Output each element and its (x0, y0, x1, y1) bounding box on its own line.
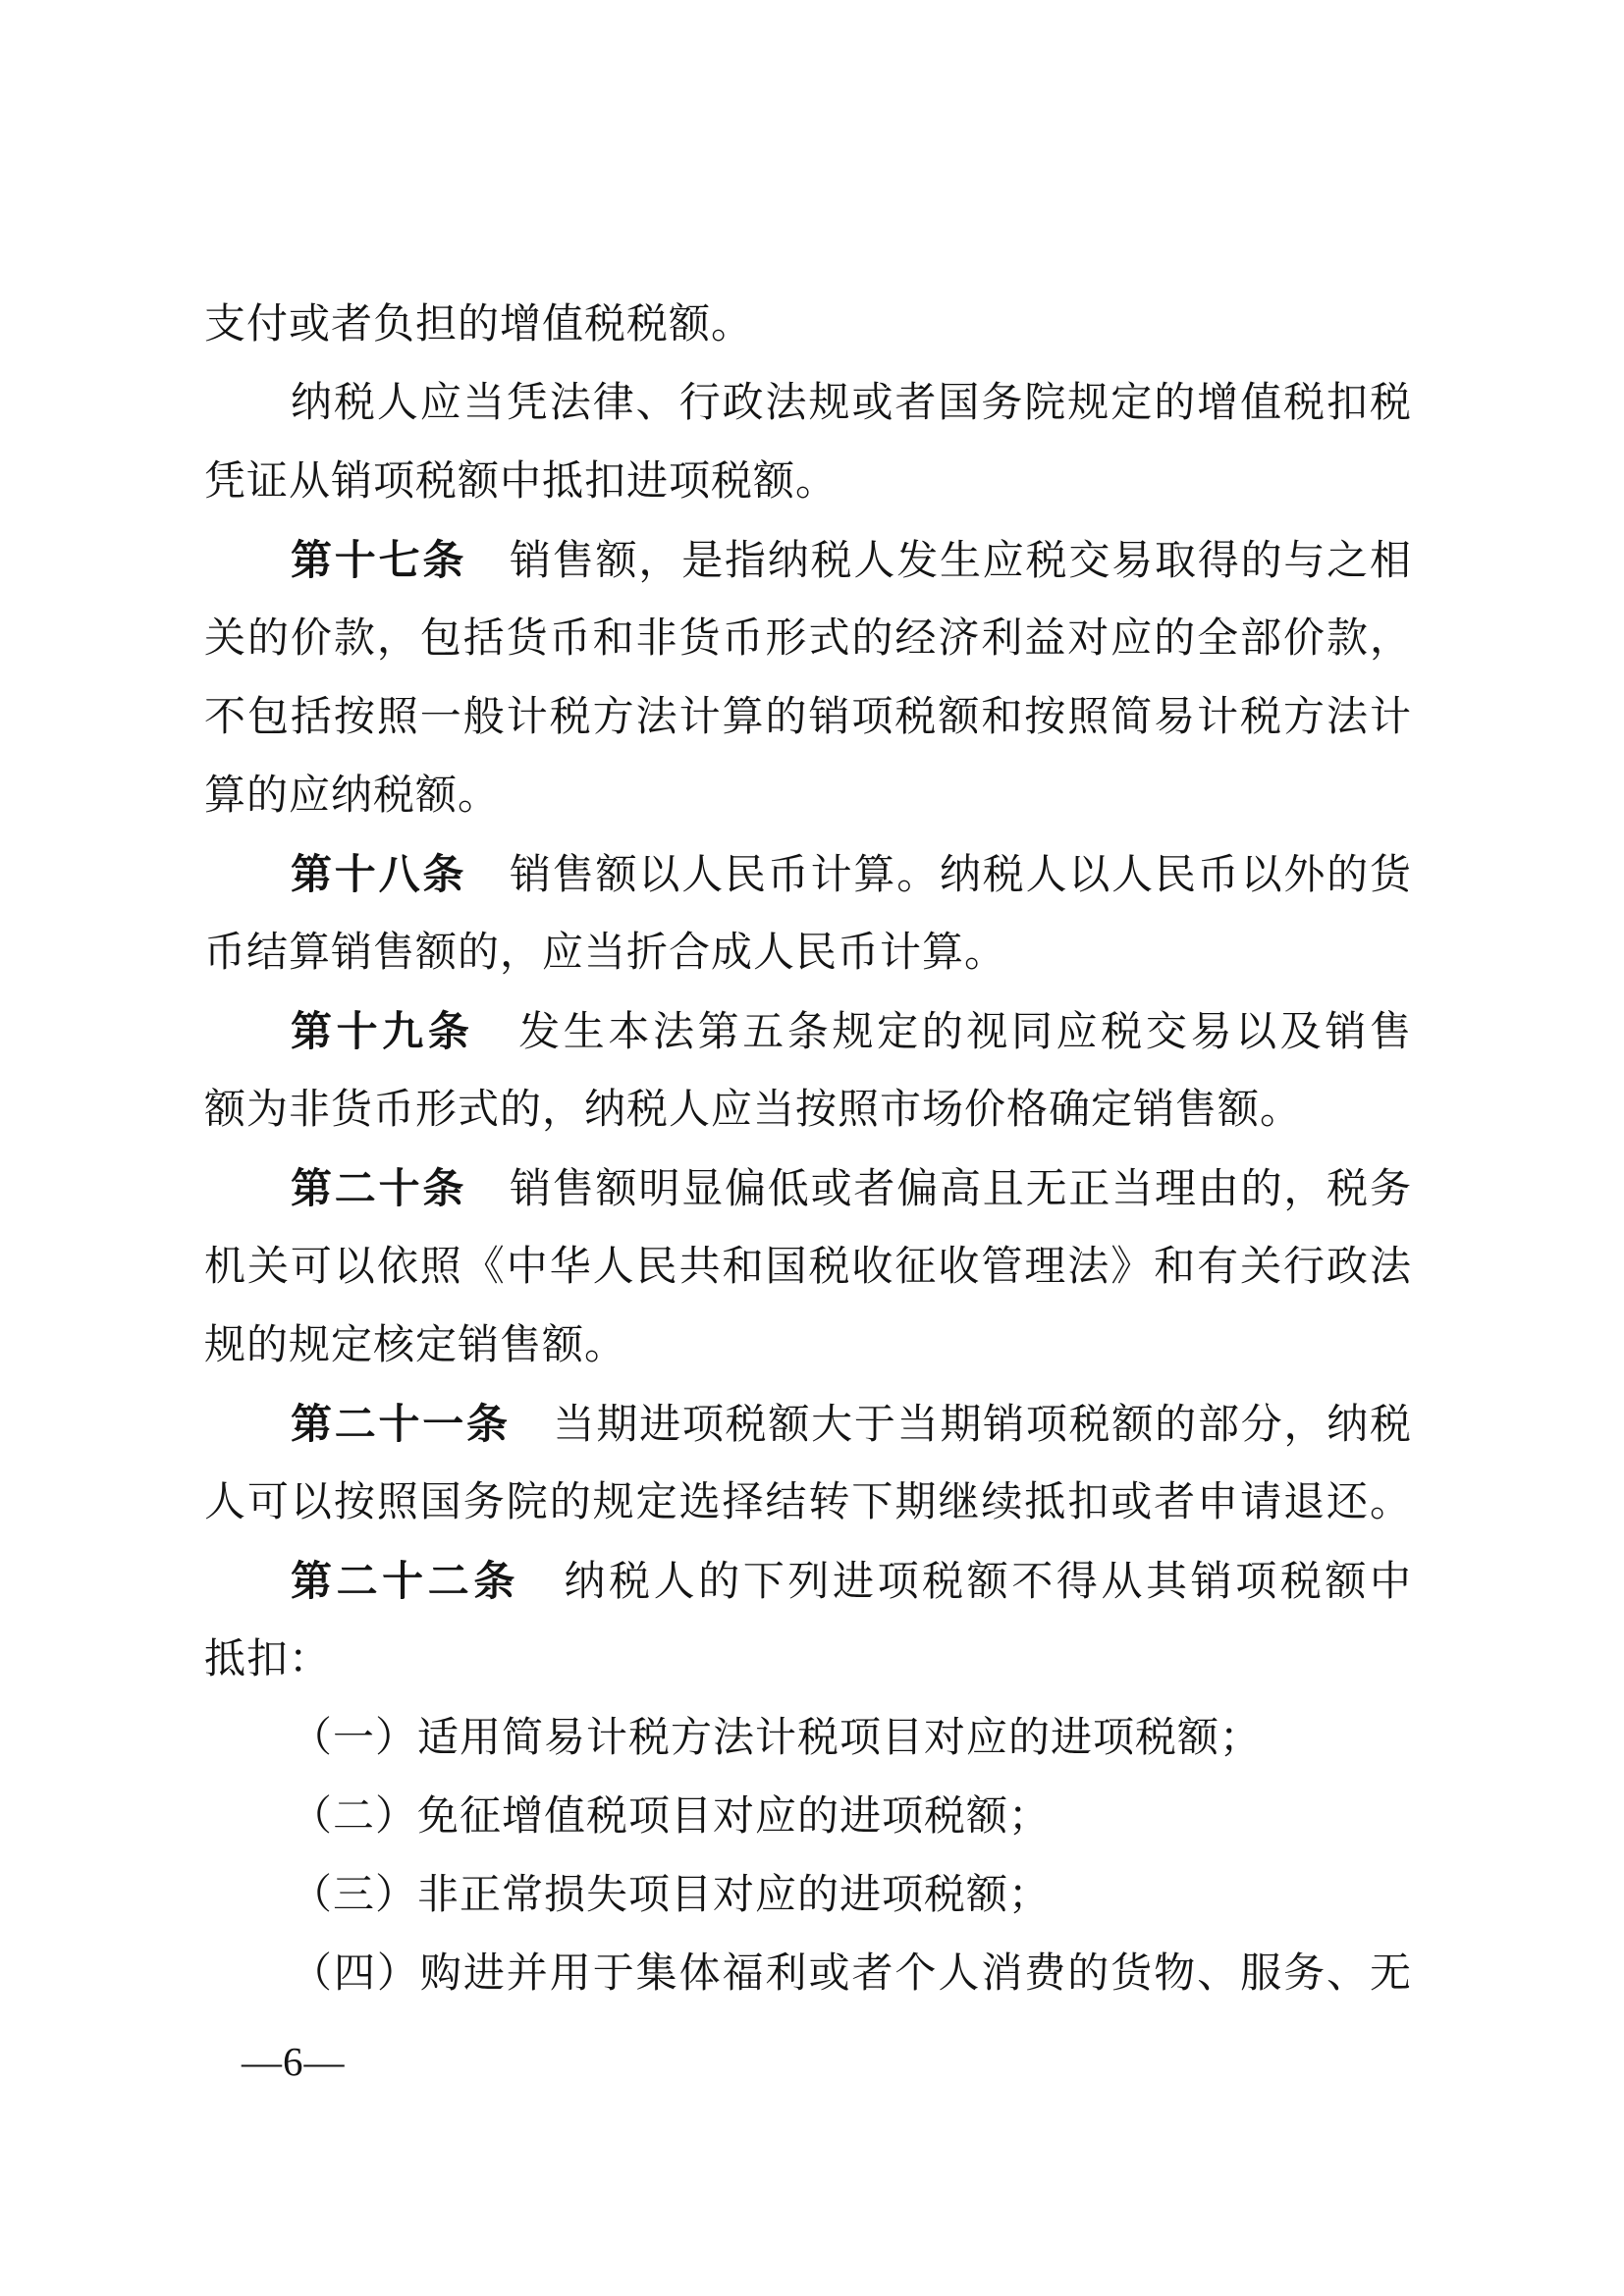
text-line: 第二十二条 纳税人的下列进项税额不得从其销项税额中 (204, 1542, 1412, 1621)
document-page: 支付或者负担的增值税税额。纳税人应当凭法律、行政法规或者国务院规定的增值税扣税凭… (0, 0, 1624, 2296)
text-line: 机关可以依照《中华人民共和国税收征收管理法》和有关行政法 (204, 1228, 1412, 1307)
line-text: 人可以按照国务院的规定选择结转下期继续抵扣或者申请退还。 (204, 1480, 1412, 1525)
document-lines: 支付或者负担的增值税税额。纳税人应当凭法律、行政法规或者国务院规定的增值税扣税凭… (204, 286, 1412, 2013)
text-line: 凭证从销项税额中抵扣进项税额。 (204, 443, 1412, 521)
text-line: 第十七条 销售额，是指纳税人发生应税交易取得的与之相 (204, 521, 1412, 600)
article-number: 第二十二条 (291, 1558, 519, 1604)
line-text: 额为非货币形式的，纳税人应当按照市场价格确定销售额。 (204, 1088, 1302, 1133)
article-number: 第十七条 (291, 537, 466, 583)
line-text: （四）购进并用于集体福利或者个人消费的货物、服务、无 (291, 1951, 1412, 1997)
line-text: 发生本法第五条规定的视同应税交易以及销售 (474, 1010, 1412, 1055)
text-line: （三）非正常损失项目对应的进项税额； (204, 1856, 1412, 1935)
text-line: 不包括按照一般计税方法计算的销项税额和按照简易计税方法计 (204, 678, 1412, 757)
text-line: 抵扣： (204, 1621, 1412, 1699)
text-line: 算的应纳税额。 (204, 757, 1412, 835)
line-text: 凭证从销项税额中抵扣进项税额。 (204, 459, 838, 505)
line-text: 规的规定核定销售额。 (204, 1323, 626, 1368)
text-line: 关的价款，包括货币和非货币形式的经济利益对应的全部价款， (204, 600, 1412, 678)
article-number: 第十八条 (291, 851, 466, 897)
line-text: （一）适用简易计税方法计税项目对应的进项税额； (291, 1716, 1262, 1761)
line-text: 当期进项税额大于当期销项税额的部分，纳税 (511, 1403, 1412, 1448)
line-text: 抵扣： (204, 1637, 331, 1682)
line-text: 机关可以依照《中华人民共和国税收征收管理法》和有关行政法 (204, 1245, 1412, 1290)
text-line: 第十九条 发生本法第五条规定的视同应税交易以及销售 (204, 992, 1412, 1071)
line-text: 币结算销售额的，应当折合成人民币计算。 (204, 931, 1006, 976)
text-line: 第十八条 销售额以人民币计算。纳税人以人民币以外的货 (204, 835, 1412, 914)
line-text: 不包括按照一般计税方法计算的销项税额和按照简易计税方法计 (204, 695, 1412, 740)
line-text: （三）非正常损失项目对应的进项税额； (291, 1873, 1051, 1918)
line-text: 销售额明显偏低或者偏高且无正当理由的，税务 (466, 1167, 1412, 1212)
text-line: （一）适用简易计税方法计税项目对应的进项税额； (204, 1699, 1412, 1778)
article-number: 第二十一条 (291, 1401, 511, 1447)
line-text: 关的价款，包括货币和非货币形式的经济利益对应的全部价款， (204, 616, 1412, 662)
line-text: 算的应纳税额。 (204, 774, 500, 819)
page-number: —6— (242, 2040, 346, 2083)
line-text: （二）免征增值税项目对应的进项税额； (291, 1794, 1051, 1840)
text-line: 第二十条 销售额明显偏低或者偏高且无正当理由的，税务 (204, 1149, 1412, 1228)
text-line: 第二十一条 当期进项税额大于当期销项税额的部分，纳税 (204, 1385, 1412, 1464)
text-line: （二）免征增值税项目对应的进项税额； (204, 1778, 1412, 1856)
text-line: 币结算销售额的，应当折合成人民币计算。 (204, 914, 1412, 992)
line-text: 纳税人的下列进项税额不得从其销项税额中 (519, 1560, 1412, 1605)
text-line: 支付或者负担的增值税税额。 (204, 286, 1412, 364)
text-line: 人可以按照国务院的规定选择结转下期继续抵扣或者申请退还。 (204, 1464, 1412, 1542)
line-text: 销售额，是指纳税人发生应税交易取得的与之相 (466, 539, 1412, 584)
text-line: 额为非货币形式的，纳税人应当按照市场价格确定销售额。 (204, 1071, 1412, 1149)
article-number: 第二十条 (291, 1165, 466, 1211)
line-text: 销售额以人民币计算。纳税人以人民币以外的货 (466, 853, 1412, 898)
line-text: 纳税人应当凭法律、行政法规或者国务院规定的增值税扣税 (291, 381, 1412, 426)
article-number: 第十九条 (291, 1008, 474, 1054)
text-line: 规的规定核定销售额。 (204, 1307, 1412, 1385)
text-line: （四）购进并用于集体福利或者个人消费的货物、服务、无 (204, 1935, 1412, 2013)
text-line: 纳税人应当凭法律、行政法规或者国务院规定的增值税扣税 (204, 364, 1412, 443)
line-text: 支付或者负担的增值税税额。 (204, 302, 753, 347)
